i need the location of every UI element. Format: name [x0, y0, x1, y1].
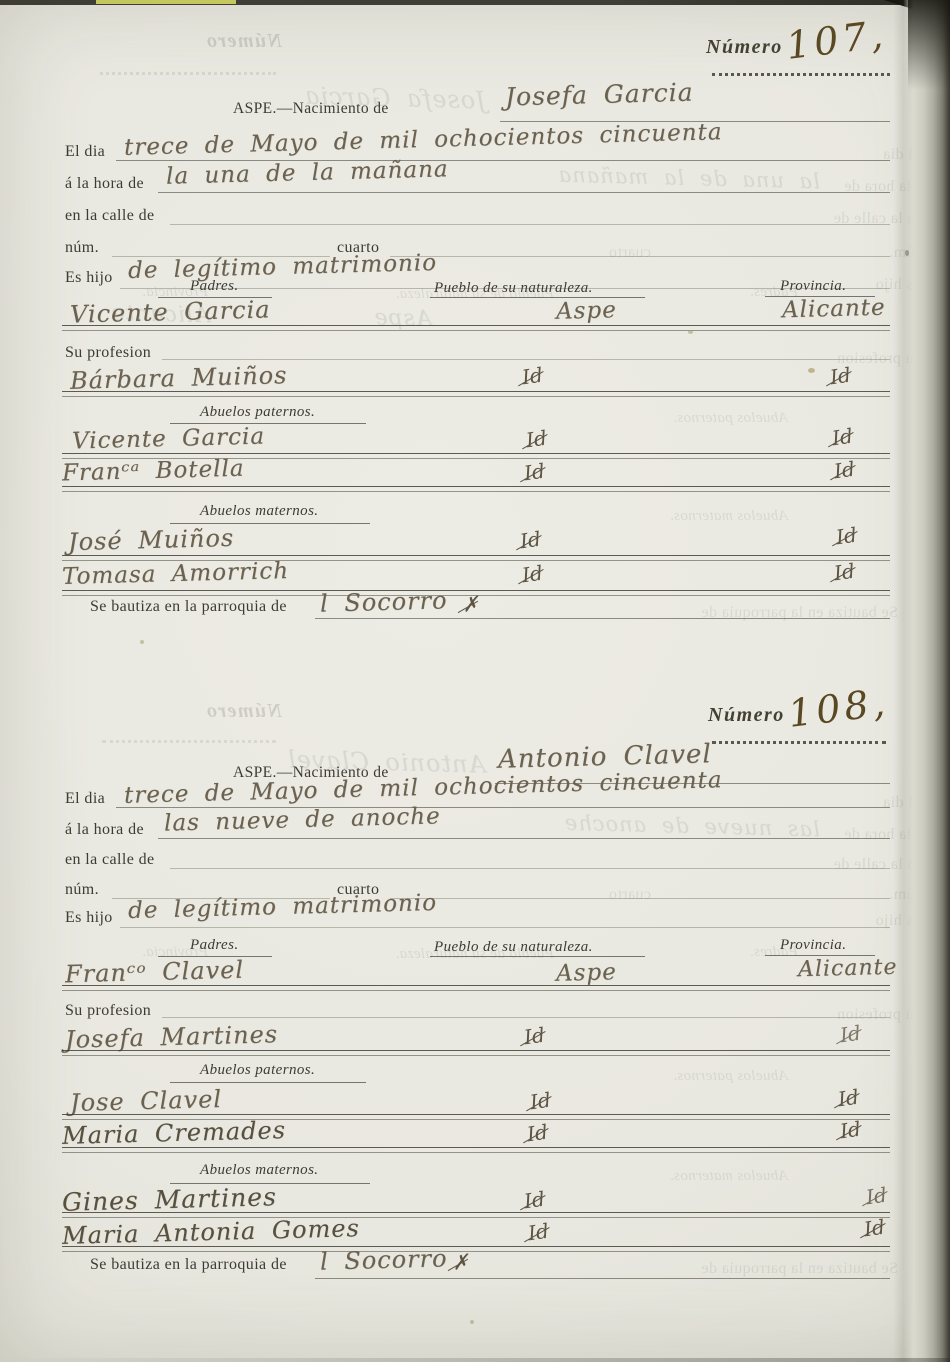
paper-speckle	[470, 1320, 474, 1324]
mother-pueblo-ditto: Id	[520, 363, 544, 390]
pueblo-header: Pueblo de su naturaleza.	[434, 280, 593, 297]
ghost-room-label-2: cuarto	[609, 886, 651, 904]
numero-dotted-rule	[712, 73, 890, 76]
day-value-2: trece de Mayo de mil ochocientos cincuen…	[124, 767, 723, 809]
mother-row-rule-2	[62, 1050, 890, 1056]
profession-rule	[162, 359, 890, 360]
child-name: Josefa Garcia	[505, 78, 694, 112]
room-rule-2	[390, 898, 890, 899]
scan-bottom-edge	[0, 1358, 950, 1362]
maternal-grandmother-pueblo-ditto: Id	[520, 561, 544, 588]
ghost-numero-label: Número	[205, 30, 282, 53]
day-value: trece de Mayo de mil ochocientos cincuen…	[124, 119, 723, 161]
mother-provincia-ditto: Id	[828, 363, 852, 390]
mother-row-rule	[62, 391, 890, 397]
baptism-parish-value-2: l Socorro	[320, 1244, 448, 1275]
paper-speckle	[140, 640, 144, 644]
mother-name-2: Josefa Martines	[65, 1020, 279, 1054]
ghost-dotted-rule	[100, 72, 276, 75]
provincia-header-2: Provincia.	[780, 937, 846, 954]
book-page-edges-top-shadow	[908, 0, 950, 90]
filiation-value-2: de legítimo matrimonio	[128, 890, 438, 924]
baptism-rule	[315, 618, 890, 619]
paternal-grandfather-pueblo-ditto: Id	[524, 426, 548, 453]
day-rule	[116, 160, 890, 161]
paternal-grandfather-provincia-ditto-2: Id	[836, 1085, 860, 1112]
ghost-maternal-header: Abuelos maternos.	[670, 508, 788, 525]
maternal-grandfather-provincia-ditto: Id	[834, 523, 858, 550]
book-page-edges	[893, 0, 950, 1362]
bleed-through-layer: Número Josefa Garcia El dia á la hora de…	[38, 0, 950, 1362]
ghost-hour-value-2: las nueve de anoche	[564, 811, 821, 842]
maternal-grandparents-header: Abuelos maternos.	[200, 503, 318, 520]
provincia-header: Provincia.	[780, 278, 846, 295]
paternal-grandparents-header: Abuelos paternos.	[200, 404, 315, 421]
street-rule	[170, 224, 890, 225]
hour-value-2: las nueve de anoche	[164, 803, 441, 836]
profession-rule-2	[162, 1017, 890, 1018]
numero-value-2: 108,	[786, 680, 891, 736]
pueblo-header-2: Pueblo de su naturaleza.	[434, 939, 593, 956]
paternal-grandfather-name-2: Jose Clavel	[70, 1085, 223, 1117]
filiation-rule-2	[120, 927, 890, 928]
maternal-grandmother-name: Tomasa Amorrich	[62, 558, 290, 590]
paternal-grandparents-rule-2	[170, 1082, 366, 1085]
father-row-rule-2	[62, 985, 890, 991]
baptism-label-2: Se bautiza en la parroquia de	[90, 1256, 287, 1274]
numero-label-2: Número	[708, 704, 785, 727]
maternal-grandmother-provincia-ditto-2: Id	[862, 1215, 886, 1242]
paternal-grandmother-row-rule-2	[62, 1147, 890, 1153]
maternal-grandfather-name: José Muiños	[68, 524, 235, 556]
street-label-2: en la calle de	[65, 851, 155, 869]
hour-label-2: á la hora de	[65, 821, 144, 839]
father-pueblo: Aspe	[556, 297, 617, 325]
parents-header-2: Padres.	[190, 937, 239, 954]
hour-value: la una de la mañana	[166, 156, 449, 189]
numero-value: 107,	[784, 12, 889, 68]
maternal-grandmother-pueblo-ditto-2: Id	[526, 1219, 550, 1246]
father-provincia: Alicante	[782, 295, 886, 324]
paper-speckle	[808, 368, 815, 373]
ghost-maternal-header-2: Abuelos maternos.	[670, 1168, 788, 1185]
day-label: El dia	[65, 143, 105, 161]
paper-speckle	[905, 250, 909, 256]
maternal-grandmother-row-rule-2	[62, 1246, 890, 1252]
ghost-baptism-label: Se bautiza en la parroquia de	[701, 604, 898, 622]
paternal-grandmother-row-rule	[62, 486, 890, 492]
room-rule	[390, 256, 890, 257]
mother-provincia-ditto-2: Id	[838, 1021, 862, 1048]
maternal-grandparents-header-2: Abuelos maternos.	[200, 1162, 318, 1179]
ghost-numero-label-2: Número	[205, 700, 282, 723]
paternal-grandfather-name: Vicente Garcia	[72, 423, 266, 454]
baptism-flourish-2: ✗	[450, 1249, 470, 1275]
mother-name: Bárbara Muiños	[70, 361, 288, 395]
parents-header: Padres.	[190, 278, 239, 295]
profession-label-2: Su profesion	[65, 1002, 151, 1020]
paper-speckle	[688, 330, 693, 334]
ghost-dotted-rule-2	[102, 740, 276, 743]
numero-label: Número	[706, 36, 783, 59]
filiation-label-2: Es hijo	[65, 909, 113, 927]
father-name: Vicente Garcia	[70, 295, 271, 328]
maternal-grandmother-provincia-ditto: Id	[832, 559, 856, 586]
baptism-flourish: ✗	[460, 591, 480, 617]
number-label: núm.	[65, 239, 99, 257]
ghost-room-label: cuarto	[609, 244, 651, 262]
ghost-paternal-header: Abuelos paternos.	[673, 410, 788, 427]
street-label: en la calle de	[65, 207, 155, 225]
street-rule-2	[170, 868, 890, 869]
father-pueblo-2: Aspe	[556, 959, 617, 987]
hour-rule-2	[158, 838, 890, 839]
hour-label: á la hora de	[65, 175, 144, 193]
paternal-grandmother-provincia-ditto-2: Id	[838, 1117, 862, 1144]
paternal-grandmother-name-2: Maria Cremades	[62, 1116, 287, 1150]
paternal-grandfather-provincia-ditto: Id	[830, 424, 854, 451]
maternal-grandmother-name-2: Maria Antonia Gomes	[62, 1214, 360, 1250]
profession-label: Su profesion	[65, 344, 151, 362]
paternal-grandmother-name: Franᶜᵃ Botella	[62, 456, 245, 487]
scan-top-edge-highlight	[96, 0, 236, 4]
father-row-rule	[62, 325, 890, 331]
paternal-grandparents-header-2: Abuelos paternos.	[200, 1062, 315, 1079]
hour-rule	[158, 192, 890, 193]
paternal-grandmother-provincia-ditto: Id	[832, 457, 856, 484]
father-provincia-2: Alicante	[798, 955, 898, 983]
numero-dotted-rule-2	[712, 741, 886, 744]
maternal-grandfather-pueblo-ditto-2: Id	[522, 1187, 546, 1214]
day-label-2: El dia	[65, 790, 105, 808]
town-header-label: ASPE.—Nacimiento de	[233, 100, 389, 118]
maternal-grandfather-provincia-ditto-2: Id	[864, 1183, 888, 1210]
filiation-label: Es hijo	[65, 269, 113, 287]
ghost-hour-value: la una de la mañana	[558, 163, 821, 194]
maternal-grandfather-pueblo-ditto: Id	[518, 527, 542, 554]
paternal-grandfather-pueblo-ditto-2: Id	[528, 1088, 552, 1115]
maternal-grandfather-row-rule-2	[62, 1212, 890, 1218]
ghost-baptism-label-2: Se bautiza en la parroquia de	[701, 1260, 898, 1278]
paternal-grandmother-pueblo-ditto: Id	[522, 459, 546, 486]
baptism-label: Se bautiza en la parroquia de	[90, 598, 287, 616]
mother-pueblo-ditto-2: Id	[522, 1023, 546, 1050]
number-label-2: núm.	[65, 881, 99, 899]
father-name-2: Franᶜᵒ Clavel	[65, 956, 245, 989]
birth-register-page: Número Josefa Garcia El dia á la hora de…	[0, 0, 950, 1362]
ghost-paternal-header-2: Abuelos paternos.	[673, 1068, 788, 1085]
paternal-grandmother-pueblo-ditto-2: Id	[525, 1120, 549, 1147]
baptism-parish-value: l Socorro	[320, 586, 448, 617]
baptism-rule-2	[315, 1278, 890, 1279]
